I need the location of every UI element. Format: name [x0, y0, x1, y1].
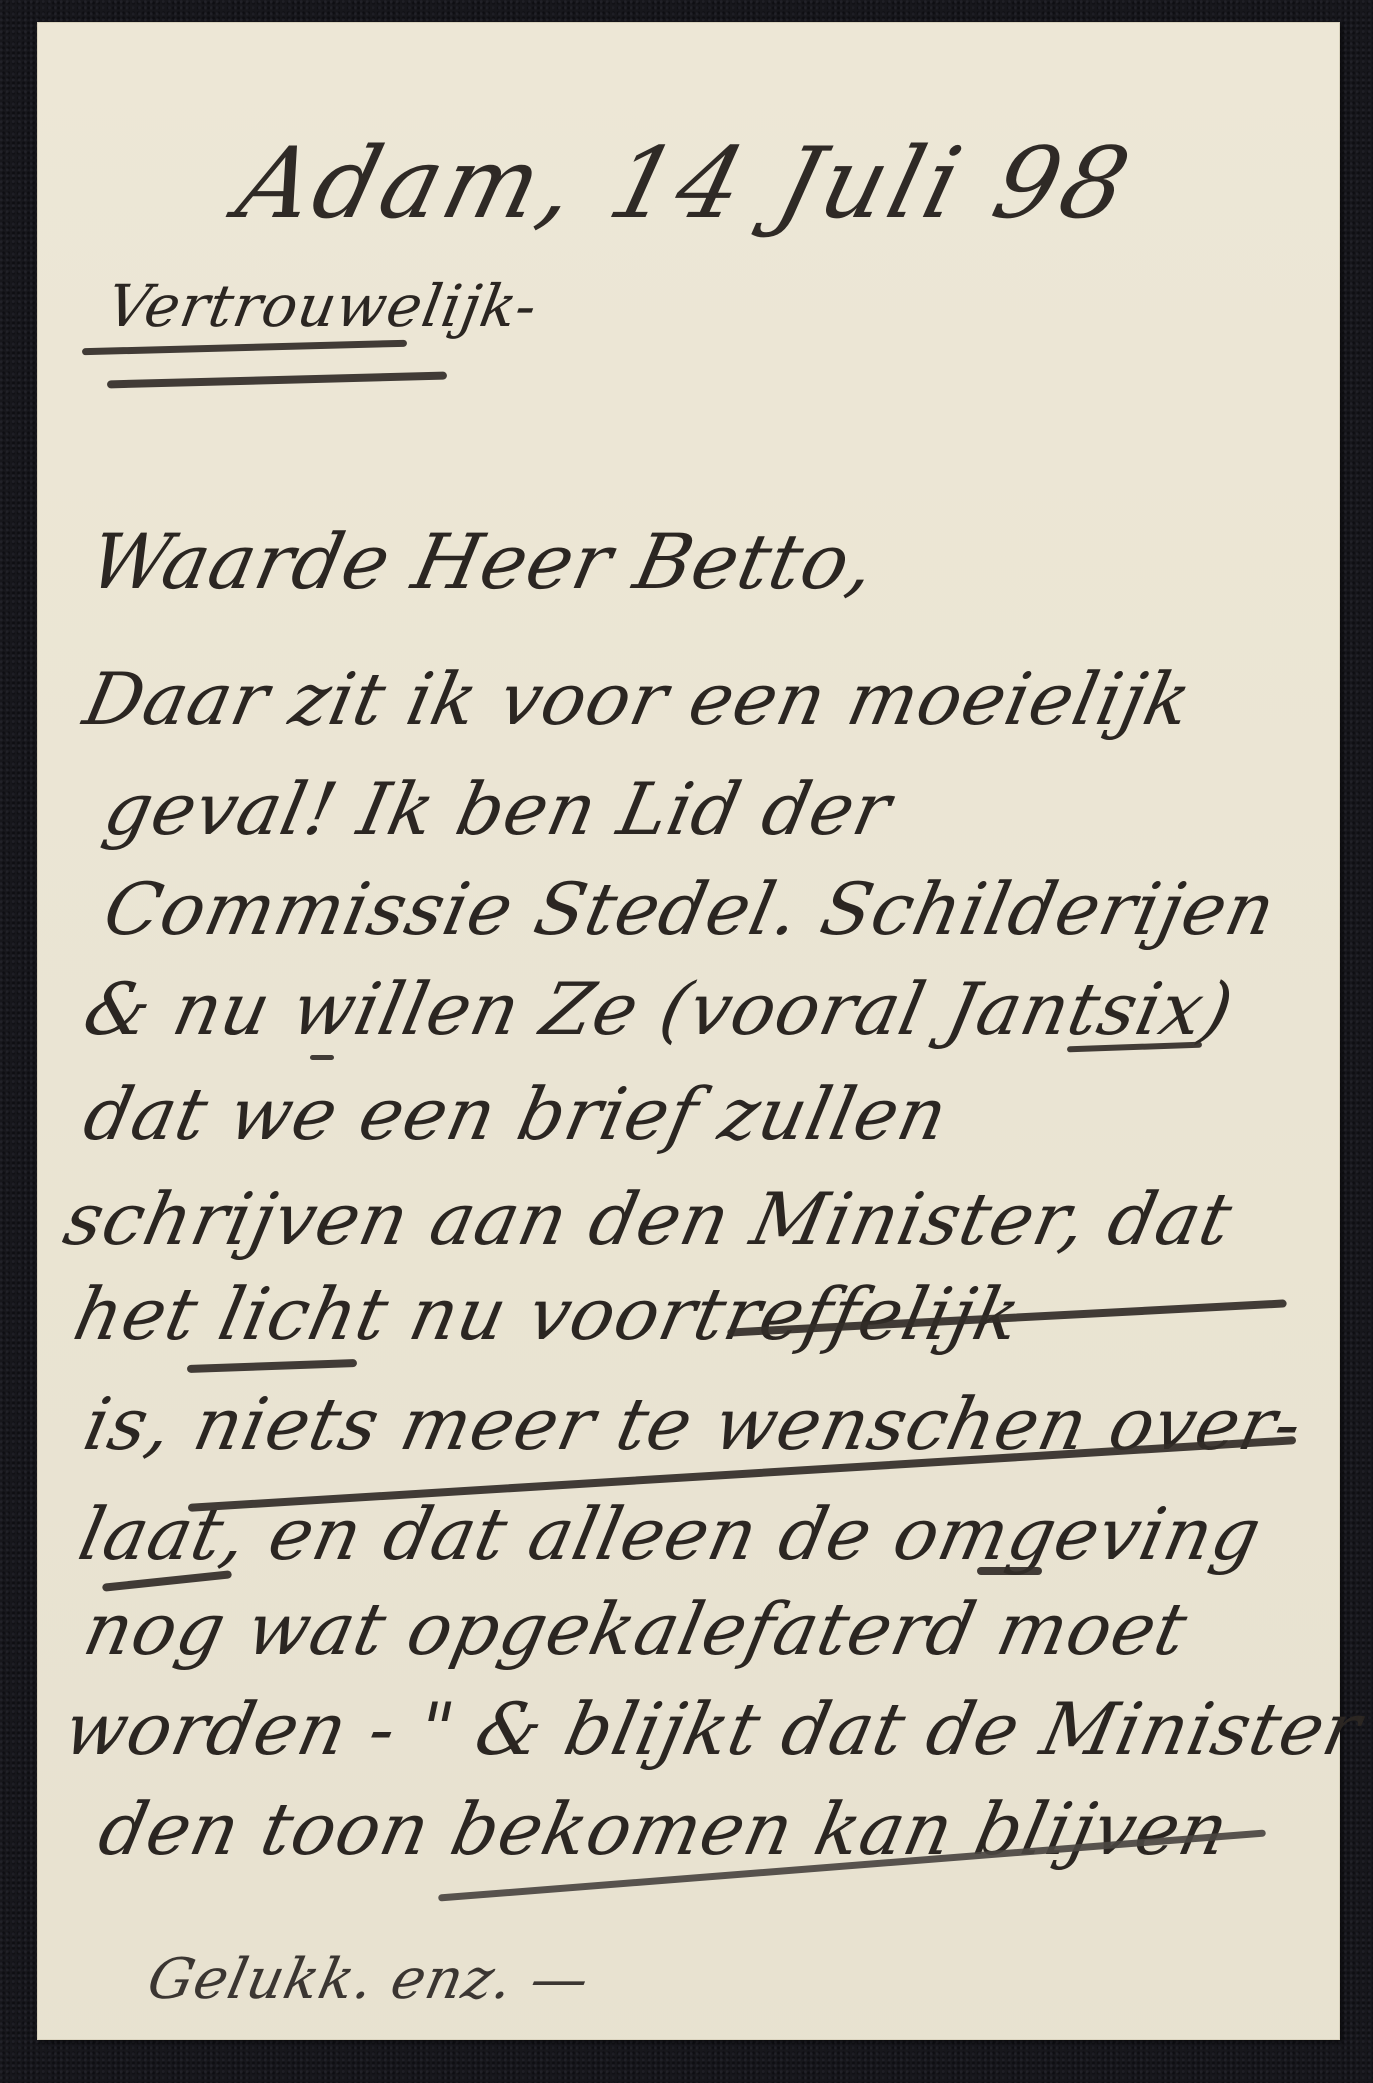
confidential-underline-1: [82, 340, 407, 356]
closing-line: Gelukk. enz. —: [142, 1947, 595, 2012]
place-date-heading: Adam, 14 Juli 98: [227, 127, 1143, 241]
body-line-1: Daar zit ik voor een moeielijk: [77, 657, 1199, 741]
salutation: Waarde Heer Betto,: [82, 517, 884, 606]
confidential-underline-2: [107, 372, 447, 389]
body-line-5: dat we een brief zullen: [77, 1072, 955, 1156]
body-line-7: het licht nu voortreffelijk: [67, 1272, 1029, 1356]
body-line-9: laat, en dat alleen de omgeving: [72, 1492, 1269, 1576]
underline-niets: [187, 1359, 357, 1373]
body-line-10: nog wat opgekalefaterd moet: [77, 1587, 1195, 1671]
body-line-3: Commissie Stedel. Schilderijen: [97, 867, 1283, 951]
body-line-4: & nu willen Ze (vooral Jantsix): [77, 967, 1241, 1051]
body-line-11: worden - " & blijkt dat de Minister: [57, 1687, 1369, 1771]
overline-opgekalefaterd: [977, 1567, 1042, 1575]
body-line-6: schrijven aan den Minister, dat: [57, 1177, 1240, 1261]
body-line-2: geval! Ik ben Lid der: [97, 767, 899, 851]
underline-ze: [310, 1055, 334, 1060]
confidential-marking: Vertrouwelijk-: [102, 272, 543, 340]
body-line-12: den toon bekomen kan blijven: [92, 1787, 1236, 1871]
letter-sheet: Adam, 14 Juli 98 Vertrouwelijk- Waarde H…: [37, 22, 1340, 2040]
